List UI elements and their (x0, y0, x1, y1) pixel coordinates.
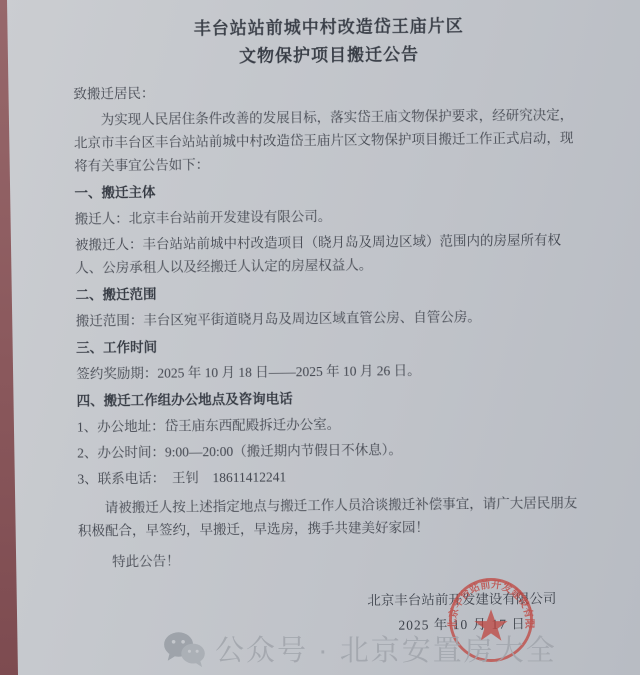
relocator-line: 搬迁人：北京丰台站前开发建设有限公司。 (75, 202, 587, 230)
relocatee-line: 被搬迁人：丰台站站前城中村改造项目（晓月岛及周边区域）范围内的房屋所有权人、公房… (75, 228, 587, 279)
office-hours-line: 2、办公时间：9:00—20:00（搬迁期内节假日不休息）。 (77, 436, 589, 464)
section-3-heading: 三、工作时间 (76, 331, 588, 359)
contact-phone-line: 3、联系电话： 王钊 18611412241 (77, 462, 589, 490)
document-photo: 丰台站站前城中村改造岱王庙片区 文物保护项目搬迁公告 致搬迁居民： 为实现人民居… (0, 0, 640, 675)
proclamation: 特此公告！ (78, 545, 590, 573)
section-1-heading: 一、搬迁主体 (74, 176, 586, 204)
title-line-2: 文物保护项目搬迁公告 (73, 39, 585, 72)
section-2-heading: 二、搬迁范围 (75, 278, 587, 306)
notice-title: 丰台站站前城中村改造岱王庙片区 文物保护项目搬迁公告 (73, 11, 586, 72)
wechat-icon (162, 630, 206, 668)
notice-paper: 丰台站站前城中村改造岱王庙片区 文物保护项目搬迁公告 致搬迁居民： 为实现人民居… (0, 0, 640, 675)
salutation: 致搬迁居民： (73, 77, 585, 105)
watermark-label: 公众号 · 北京安置房大全 (215, 628, 557, 669)
signing-period-line: 签约奖励期：2025 年 10 月 18 日——2025 年 10 月 26 日… (76, 357, 588, 385)
watermark: 公众号 · 北京安置房大全 (162, 628, 557, 669)
section-4-heading: 四、搬迁工作组办公地点及咨询电话 (77, 384, 589, 412)
closing-paragraph: 请被搬迁人按上述指定地点与搬迁工作人员洽谈搬迁补偿事宜，请广大居民朋友积极配合，… (78, 491, 590, 542)
intro-paragraph: 为实现人民居住条件改善的发展目标，落实岱王庙文物保护要求，经研究决定，北京市丰台… (74, 103, 587, 177)
scope-line: 搬迁范围：丰台区宛平街道晓月岛及周边区域直管公房、自管公房。 (76, 304, 588, 332)
office-address-line: 1、办公地址：岱王庙东西配殿拆迁办公室。 (77, 410, 589, 438)
